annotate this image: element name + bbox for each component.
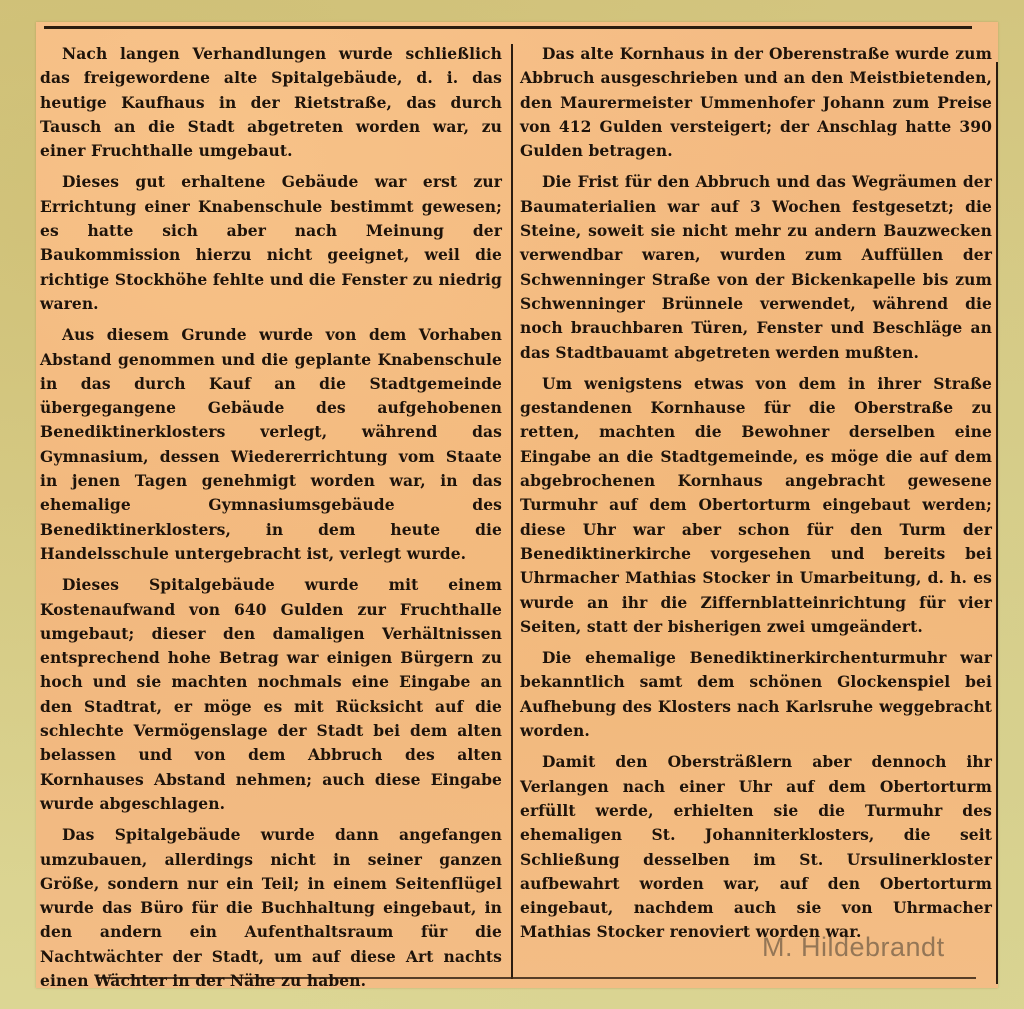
paragraph-vorhaben: Aus diesem Grunde wurde von dem Vorhaben… [40, 323, 502, 566]
right-rule [996, 62, 998, 984]
newspaper-clipping: Nach langen Verhandlungen wurde schließl… [36, 22, 998, 988]
paragraph-kornhaus: Das alte Kornhaus in der Oberenstraße wu… [520, 42, 992, 163]
paragraph-glockenspiel: Die ehemalige Benediktinerkirchenturmuhr… [520, 646, 992, 743]
paragraph-turmuhr: Damit den Obersträßlern aber dennoch ihr… [520, 750, 992, 944]
paragraph-umbau: Das Spitalgebäude wurde dann angefangen … [40, 823, 502, 993]
paragraph-fruchthalle: Nach langen Verhandlungen wurde schließl… [40, 42, 502, 163]
column-divider [511, 44, 513, 979]
left-column: Nach langen Verhandlungen wurde schließl… [40, 42, 502, 1000]
paragraph-knabenschule: Dieses gut erhaltene Gebäude war erst zu… [40, 170, 502, 316]
right-column: Das alte Kornhaus in der Oberenstraße wu… [520, 42, 992, 952]
paragraph-frist: Die Frist für den Abbruch und das Wegräu… [520, 170, 992, 364]
watermark: M. Hildebrandt [762, 932, 945, 963]
paragraph-kostenaufwand: Dieses Spitalgebäude wurde mit einem Kos… [40, 573, 502, 816]
top-rule [44, 26, 972, 29]
paragraph-eingabe: Um wenigstens etwas von dem in ihrer Str… [520, 372, 992, 639]
